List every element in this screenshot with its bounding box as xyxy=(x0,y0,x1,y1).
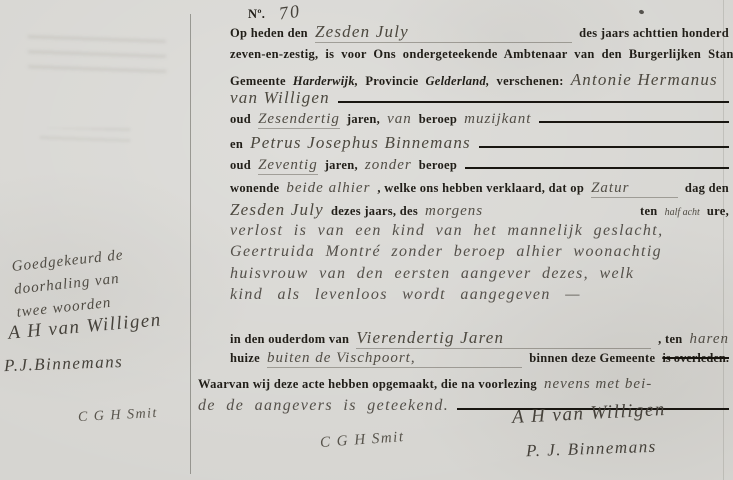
ink-spot xyxy=(638,9,644,14)
handwritten-residence: beide alhier xyxy=(286,180,370,197)
printed-text: huize xyxy=(230,351,260,366)
printed-text: Waarvan wij deze acte hebben opgemaakt, … xyxy=(198,377,537,392)
handwritten-event-date: Zesden July xyxy=(230,200,324,220)
printed-text: des jaars achttien honderd xyxy=(579,26,729,41)
handwritten-declaration-line: huisvrouw van den eersten aangever dezes… xyxy=(230,265,729,283)
margin-signature-declarant2: P.J.Binnemans xyxy=(4,352,124,376)
handwritten-age1: Zesendertig xyxy=(258,111,340,129)
year-line: zeven-en-zestig, is voor Ons ondergeteek… xyxy=(230,47,729,62)
act-number-label: Nº. xyxy=(248,7,265,22)
age2-line: oud Zeventig jaren, zonder beroep xyxy=(230,157,729,175)
printed-text: binnen deze Gemeente xyxy=(529,351,655,366)
filled-rule xyxy=(479,146,729,148)
printed-text: wonende xyxy=(230,181,279,196)
handwritten-declaration-line: kind als levenloos wordt aangegeven — xyxy=(230,286,729,304)
printed-text: jaren, xyxy=(347,112,380,127)
printed-text: verschenen: xyxy=(497,74,564,89)
declarant2-line: en Petrus Josephus Binnemans xyxy=(230,133,729,153)
printed-text: Gemeente xyxy=(230,74,286,89)
handwritten-daypart: morgens xyxy=(425,203,483,220)
event-date-line: Zesden July dezes jaars, des morgens ten… xyxy=(230,200,729,220)
handwritten-text: de de aangevers is geteekend. xyxy=(198,397,449,415)
handwritten-mother-age: Vierendertig Jaren xyxy=(356,328,651,349)
handwritten-age2: Zeventig xyxy=(258,157,318,175)
closing-line: Waarvan wij deze acte hebben opgemaakt, … xyxy=(198,376,729,393)
handwritten-declaration-line: Geertruida Montré zonder beroep alhier w… xyxy=(230,243,729,261)
handwritten-weekday: Zatur xyxy=(591,180,678,198)
handwritten-declarant2-name: Petrus Josephus Binnemans xyxy=(250,133,471,153)
date-line: Op heden den Zesden July des jaars achtt… xyxy=(230,22,729,43)
scanned-civil-record-page: Nº. 70 Op heden den Zesden July des jaar… xyxy=(0,0,733,480)
printed-text: in den ouderdom van xyxy=(230,332,349,347)
margin-divider-rule xyxy=(190,14,191,474)
footer-signature-official: C G H Smit xyxy=(320,429,406,452)
printed-province: Gelderland, xyxy=(425,74,489,89)
printed-municipality: Harderwijk, xyxy=(293,74,358,89)
bleedthrough-smudge xyxy=(40,128,130,144)
filled-rule xyxy=(338,101,729,103)
filled-rule xyxy=(539,121,729,123)
filled-rule xyxy=(465,167,729,169)
printed-text: ure, xyxy=(707,204,729,219)
handwritten-declaration-line: verlost is van een kind van het mannelij… xyxy=(230,222,729,240)
handwritten-text: nevens met bei- xyxy=(544,376,652,393)
printed-text: en xyxy=(230,137,243,152)
residence-line: wonende beide alhier , welke ons hebben … xyxy=(230,180,729,198)
handwritten-text: verlost is van een kind van het mannelij… xyxy=(230,222,664,240)
handwritten-text: kind als levenloos wordt aangegeven — xyxy=(230,286,581,304)
handwritten-declarant1-surname: van Willigen xyxy=(230,88,330,108)
printed-text: ten xyxy=(640,204,658,219)
bleedthrough-smudge xyxy=(28,31,167,75)
printed-text: dezes jaars, des xyxy=(331,204,418,219)
handwritten-address: buiten de Vischpoort, xyxy=(267,350,522,368)
handwritten-date: Zesden July xyxy=(315,22,572,43)
gemeente-line: Gemeente Harderwijk, Provincie Gelderlan… xyxy=(230,70,729,90)
printed-text: beroep xyxy=(419,112,457,127)
footer-signature-declarant2: P. J. Binnemans xyxy=(526,437,657,462)
printed-text: Provincie xyxy=(365,74,418,89)
age1-line: oud Zesendertig jaren, van beroep muzijk… xyxy=(230,111,729,129)
act-number-row: Nº. 70 xyxy=(248,2,301,23)
handwritten-declarant1-firstnames: Antonie Hermanus xyxy=(571,70,718,90)
printed-text: zeven-en-zestig, is voor Ons ondergeteek… xyxy=(230,47,733,62)
margin-signature-official: C G H Smit xyxy=(78,406,159,426)
handwritten-word: van xyxy=(387,111,412,128)
printed-text: oud xyxy=(230,112,251,127)
printed-text: , welke ons hebben verklaard, dat op xyxy=(377,181,584,196)
house-line: huize buiten de Vischpoort, binnen deze … xyxy=(230,350,729,368)
handwritten-mother-name: Geertruida Montré zonder beroep alhier w… xyxy=(230,243,662,261)
printed-text: Op heden den xyxy=(230,26,308,41)
printed-text: oud xyxy=(230,158,251,173)
age-of-line: in den ouderdom van Vierendertig Jaren ,… xyxy=(230,328,729,349)
printed-text: , ten xyxy=(658,332,682,347)
handwritten-hour: half acht xyxy=(665,207,700,218)
handwritten-text: huisvrouw van den eersten aangever dezes… xyxy=(230,265,634,283)
declarant1-line: van Willigen xyxy=(230,88,729,108)
printed-text: jaren, xyxy=(325,158,358,173)
handwritten-word: zonder xyxy=(365,157,412,174)
handwritten-word: haren xyxy=(690,331,729,348)
act-number-value: 70 xyxy=(278,1,303,25)
printed-text: dag den xyxy=(685,181,729,196)
handwritten-occupation1: muzijkant xyxy=(464,111,531,128)
printed-text: beroep xyxy=(419,158,457,173)
printed-struck-text: is overleden. xyxy=(662,351,729,366)
